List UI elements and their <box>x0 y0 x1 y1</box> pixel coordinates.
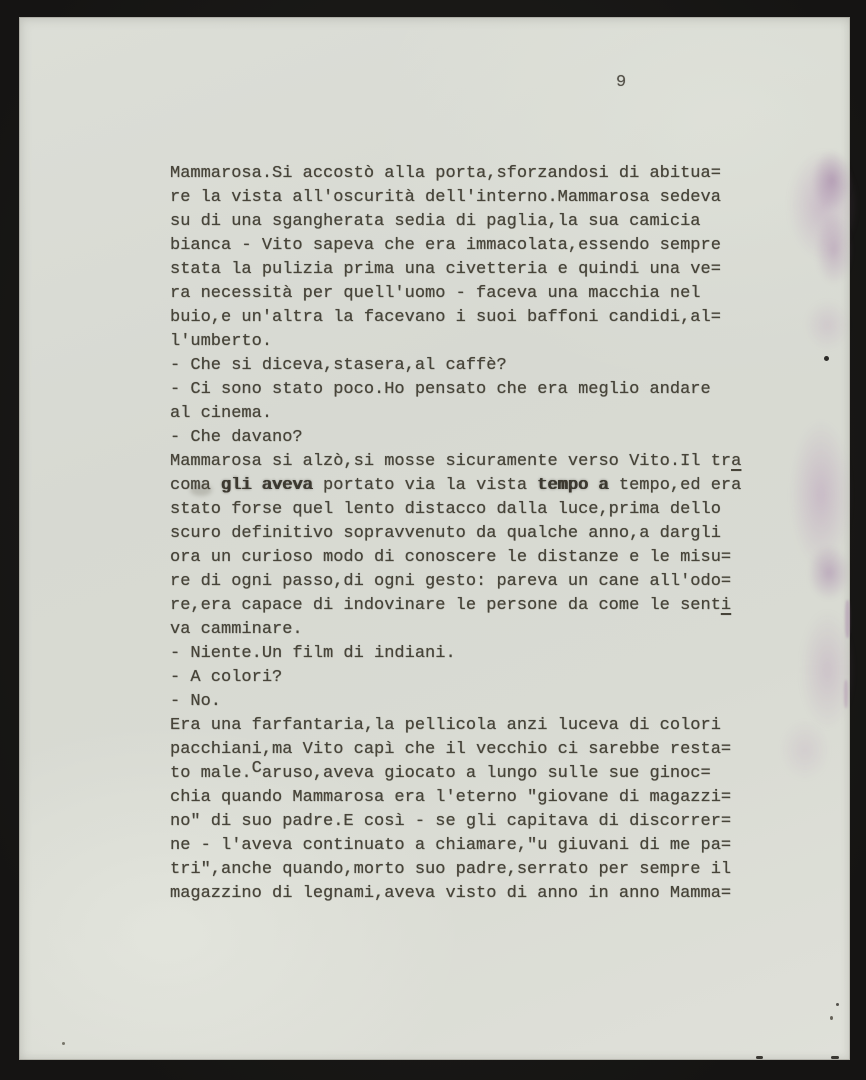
text-line: ra necessità per quell'uomo - faceva una… <box>170 282 760 306</box>
ink-stain <box>844 680 848 708</box>
text-line: re,era capace di indovinare le persone d… <box>170 594 760 618</box>
ink-stain <box>788 150 858 260</box>
ink-stain <box>790 420 852 570</box>
ink-stain <box>812 150 852 210</box>
text-line: Mammarosa.Si accostò alla porta,sforzand… <box>170 162 760 186</box>
ink-speck <box>824 356 829 361</box>
text-line: Mammarosa si alzò,si mosse sicuramente v… <box>170 450 760 474</box>
text-line: re la vista all'oscurità dell'interno.Ma… <box>170 186 760 210</box>
ink-stain <box>845 600 850 638</box>
typewritten-text: Mammarosa.Si accostò alla porta,sforzand… <box>170 162 760 906</box>
scanned-page: 9 Mammarosa.Si accostò alla porta,sforza… <box>19 17 850 1060</box>
text-line: tri",anche quando,morto suo padre,serrat… <box>170 858 760 882</box>
text-line: al cinema. <box>170 402 760 426</box>
text-line: - Che davano? <box>170 426 760 450</box>
text-line: ne - l'aveva continuato a chiamare,"u gi… <box>170 834 760 858</box>
ink-stain <box>815 215 853 285</box>
ink-stain <box>805 300 850 350</box>
text-line: re di ogni passo,di ogni gesto: pareva u… <box>170 570 760 594</box>
text-line: - A colori? <box>170 666 760 690</box>
text-line: Era una farfantaria,la pellicola anzi lu… <box>170 714 760 738</box>
text-line: stata la pulizia prima una civetteria e … <box>170 258 760 282</box>
text-line: - Ci sono stato poco.Ho pensato che era … <box>170 378 760 402</box>
edge-mark <box>831 1056 839 1059</box>
text-line: magazzino di legnami,aveva visto di anno… <box>170 882 760 906</box>
ink-stain <box>800 610 855 730</box>
paper-speck <box>836 1003 839 1006</box>
ink-stain <box>808 545 850 600</box>
text-line: - Che si diceva,stasera,al caffè? <box>170 354 760 378</box>
text-line: coma gli aveva portato via la vista temp… <box>170 474 760 498</box>
text-line: buio,e un'altra la facevano i suoi baffo… <box>170 306 760 330</box>
text-line: - No. <box>170 690 760 714</box>
edge-mark <box>756 1056 763 1059</box>
paper-speck <box>830 1016 833 1020</box>
text-line: stato forse quel lento distacco dalla lu… <box>170 498 760 522</box>
page-number: 9 <box>616 73 626 92</box>
text-line: chia quando Mammarosa era l'eterno "giov… <box>170 786 760 810</box>
text-line: ora un curioso modo di conoscere le dist… <box>170 546 760 570</box>
text-line: no" di suo padre.E così - se gli capitav… <box>170 810 760 834</box>
text-line: l'umberto. <box>170 330 760 354</box>
text-line: va camminare. <box>170 618 760 642</box>
text-line: to male.Caruso,aveva giocato a lungo sul… <box>170 762 760 786</box>
text-line: su di una sgangherata sedia di paglia,la… <box>170 210 760 234</box>
paper-speck <box>62 1042 65 1045</box>
ink-stain <box>780 720 830 780</box>
text-line: scuro definitivo sopravvenuto da qualche… <box>170 522 760 546</box>
text-line: - Niente.Un film di indiani. <box>170 642 760 666</box>
text-line: bianca - Vito sapeva che era immacolata,… <box>170 234 760 258</box>
